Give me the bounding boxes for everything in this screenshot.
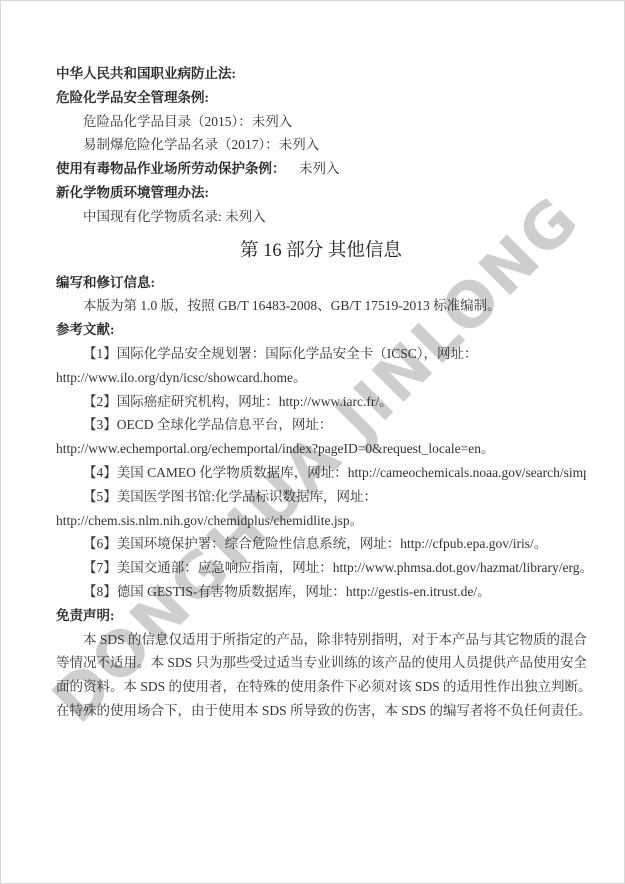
regulation-existing-chem-inventory: 中国现有化学物质名录: 未列入 [56,205,586,229]
revision-heading: 编写和修订信息: [56,271,586,295]
reference-2: 【2】国际癌症研究机构，网址：http://www.iarc.fr/。 [56,390,586,414]
revision-text: 本版为第 1.0 版，按照 GB/T 16483-2008、GB/T 17519… [56,294,586,318]
document-content: 中华人民共和国职业病防止法: 危险化学品安全管理条例: 危险品化学品目录（201… [1,1,624,723]
regulation-toxic-workplace-value: 未列入 [299,161,340,176]
regulation-hazchem-catalog-2015: 危险品化学品目录（2015）：未列入 [56,110,586,134]
reference-6: 【6】美国环境保护署：综合危险性信息系统，网址：http://cfpub.epa… [56,532,586,556]
reference-5-url: http://chem.sis.nlm.nih.gov/chemidplus/c… [56,509,586,533]
reference-1: 【1】国际化学品安全规划署：国际化学品安全卡（ICSC），网址： [56,342,586,366]
reference-1-url: http://www.ilo.org/dyn/icsc/showcard.hom… [56,366,586,390]
reference-3: 【3】OECD 全球化学品信息平台，网址： [56,413,586,437]
regulation-hazchem: 危险化学品安全管理条例: [56,86,586,110]
disclaimer-line-3: 面的资料。本 SDS 的使用者，在特殊的使用条件下必须对该 SDS 的适用性作出… [56,675,586,699]
disclaimer-line-2: 等情况不适用。本 SDS 只为那些受过适当专业训练的该产品的使用人员提供产品使用… [56,651,586,675]
regulation-new-chem-measures: 新化学物质环境管理办法: [56,181,586,205]
regulation-explosive-precursor-2017: 易制爆危险化学品名录（2017）：未列入 [56,133,586,157]
reference-4: 【4】美国 CAMEO 化学物质数据库，网址：http://cameochemi… [56,461,586,485]
reference-3-url: http://www.echemportal.org/echemportal/i… [56,437,586,461]
disclaimer-heading: 免责声明: [56,604,586,628]
disclaimer-line-1: 本 SDS 的信息仅适用于所指定的产品，除非特别指明，对于本产品与其它物质的混合… [56,628,586,652]
sds-document-page: DONGHUA JINLONG 中华人民共和国职业病防止法: 危险化学品安全管理… [0,0,625,884]
reference-7: 【7】美国交通部：应急响应指南，网址：http://www.phmsa.dot.… [56,556,586,580]
regulation-toxic-workplace: 使用有毒物品作业场所劳动保护条例：未列入 [56,157,586,181]
regulation-occupational-law: 中华人民共和国职业病防止法: [56,62,586,86]
reference-8: 【8】德国 GESTIS-有害物质数据库，网址：http://gestis-en… [56,580,586,604]
disclaimer-line-4: 在特殊的使用场合下，由于使用本 SDS 所导致的伤害，本 SDS 的编写者将不负… [56,699,586,723]
regulation-toxic-workplace-label: 使用有毒物品作业场所劳动保护条例： [56,161,286,176]
references-heading: 参考文献: [56,318,586,342]
reference-5: 【5】美国医学图书馆:化学品标识数据库，网址： [56,485,586,509]
section-16-title: 第 16 部分 其他信息 [56,238,586,265]
